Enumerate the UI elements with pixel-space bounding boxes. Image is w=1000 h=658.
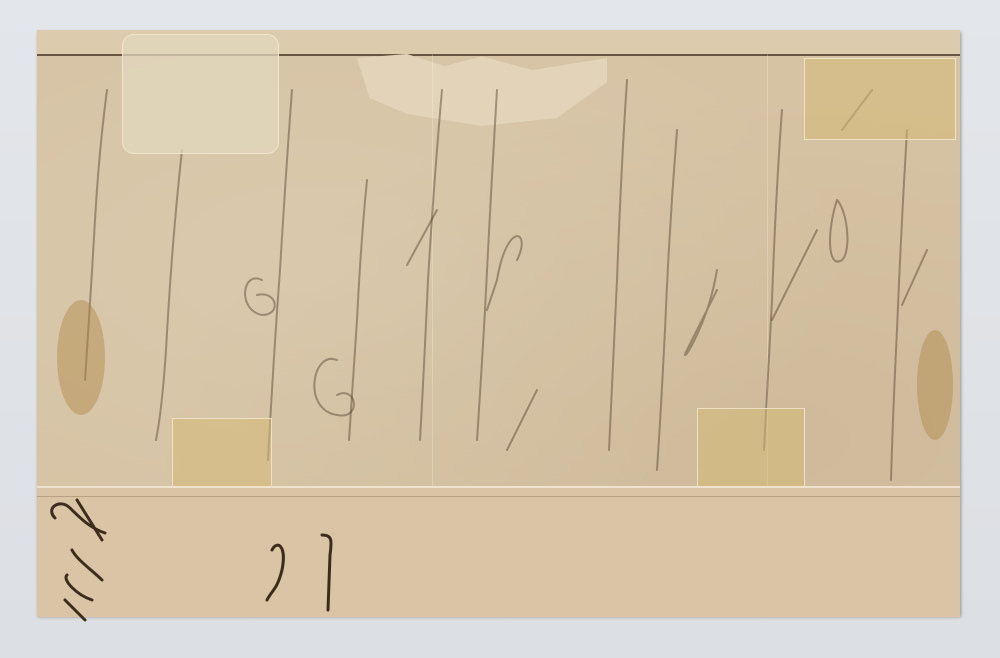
- letter-sheet: [37, 30, 960, 615]
- docket-notation: [37, 30, 960, 615]
